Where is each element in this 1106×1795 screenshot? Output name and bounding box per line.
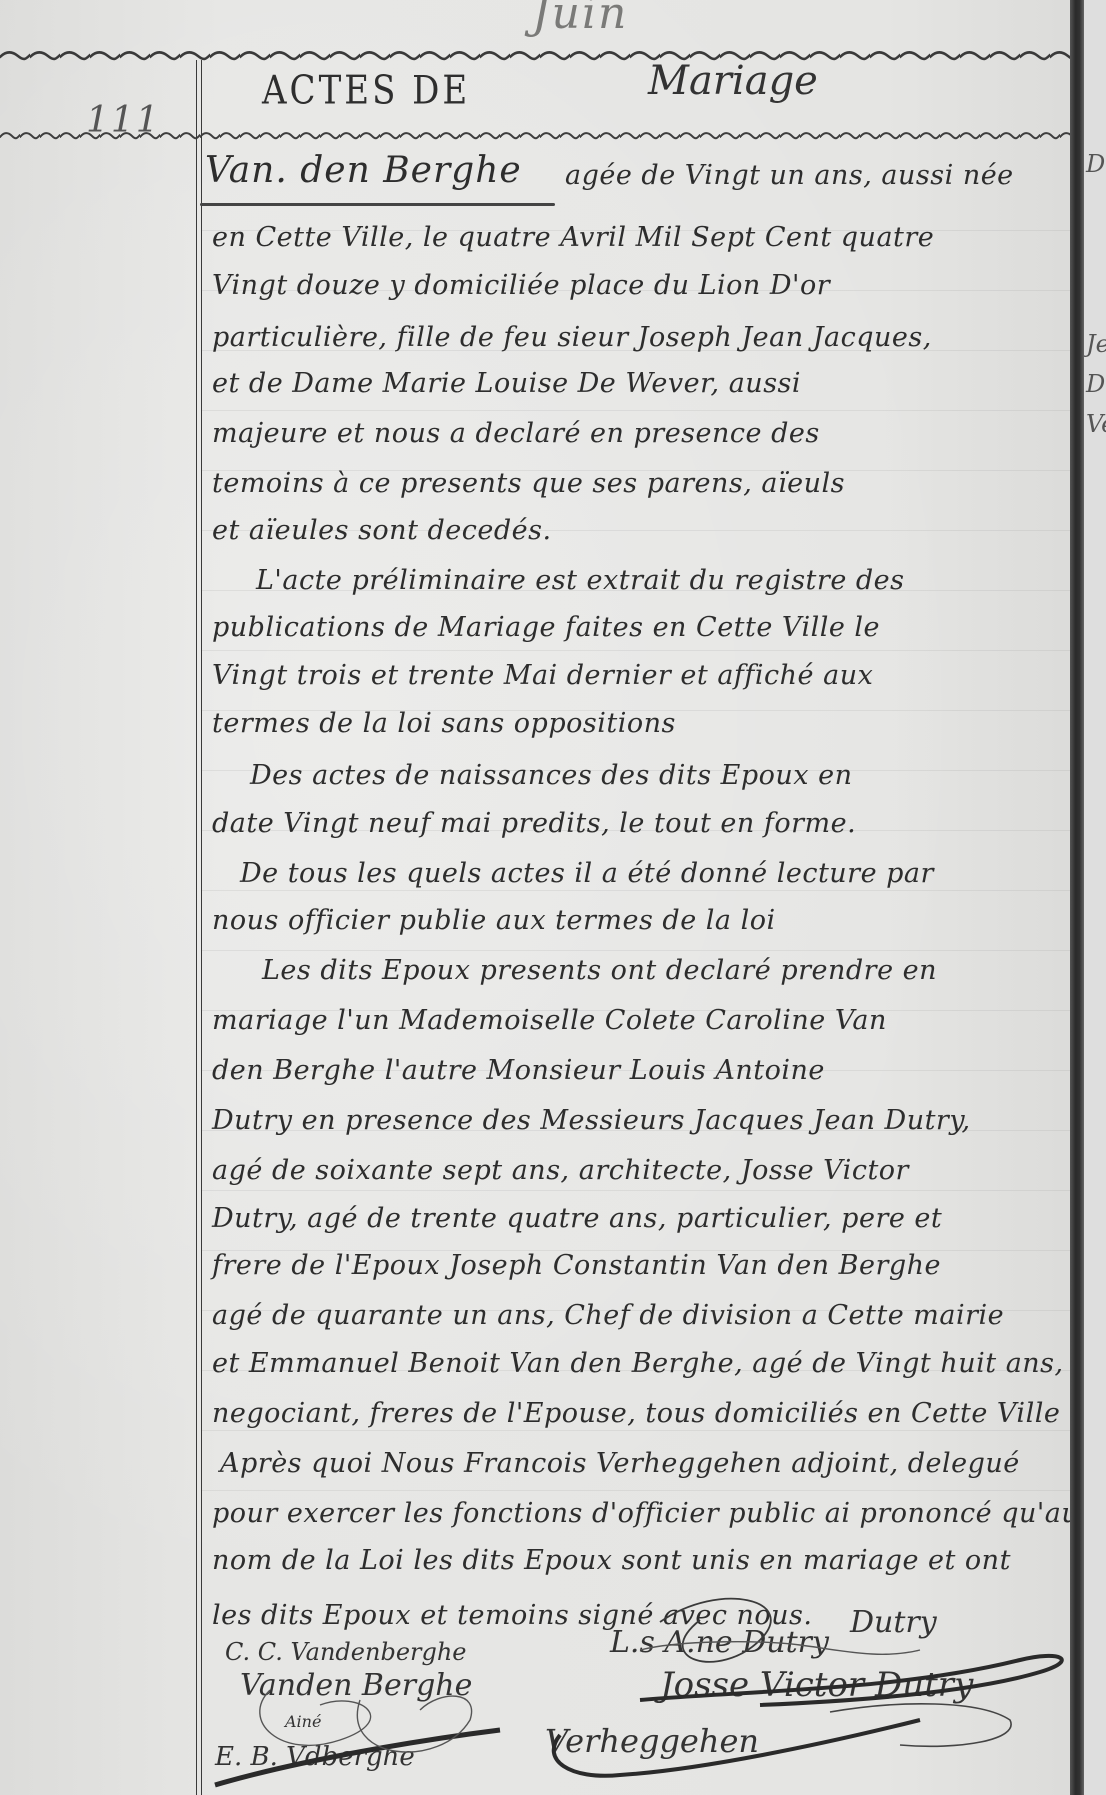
adjacent-page-edge: D Je Do Ve <box>1084 0 1106 1795</box>
record-line: termes de la loi sans oppositions <box>212 708 676 739</box>
month-annotation: Juin <box>532 0 628 39</box>
record-line: Après quoi Nous Francois Verheggehen adj… <box>220 1448 1020 1479</box>
book-binding-gutter <box>1070 0 1084 1795</box>
adjacent-page-fragment: Do <box>1086 370 1106 398</box>
record-line: agé de soixante sept ans, architecte, Jo… <box>212 1155 909 1186</box>
record-line: Dutry, agé de trente quatre ans, particu… <box>212 1203 942 1234</box>
record-line: nom de la Loi les dits Epoux sont unis e… <box>212 1545 1011 1576</box>
record-line: temoins à ce presents que ses parens, aï… <box>212 468 845 499</box>
ruled-line <box>202 650 1070 651</box>
ruled-line <box>202 1190 1070 1191</box>
ruled-line <box>202 890 1070 891</box>
surname-underline <box>200 203 555 206</box>
record-line: mariage l'un Mademoiselle Colete Carolin… <box>212 1005 887 1036</box>
record-line: agé de quarante un ans, Chef de division… <box>212 1300 1004 1331</box>
handwritten-heading: Mariage <box>648 58 818 104</box>
ruled-line <box>202 1430 1070 1431</box>
record-line: Dutry en presence des Messieurs Jacques … <box>212 1105 971 1136</box>
signature: Verheggehen <box>545 1722 759 1760</box>
record-line: frere de l'Epoux Joseph Constantin Van d… <box>212 1250 941 1281</box>
record-line: Vingt douze y domiciliée place du Lion D… <box>212 270 830 301</box>
signature: Ainé <box>285 1712 321 1731</box>
ruled-line <box>202 950 1070 951</box>
record-line: particulière, fille de feu sieur Joseph … <box>212 322 932 353</box>
record-line: De tous les quels actes il a été donné l… <box>240 858 934 889</box>
ruled-line <box>202 1490 1070 1491</box>
register-page: Juin 111 ACTES DE Mariage Van. de <box>0 0 1106 1795</box>
record-number: 111 <box>86 100 161 141</box>
subject-surname: Van. den Berghe <box>205 150 522 191</box>
signature: Dutry <box>850 1605 937 1640</box>
record-line: et aïeules sont decedés. <box>212 515 552 546</box>
record-line: publications de Mariage faites en Cette … <box>212 612 880 643</box>
left-margin-column: 111 <box>0 0 196 1795</box>
record-line: Les dits Epoux presents ont declaré pren… <box>262 955 937 986</box>
adjacent-page-fragment: Je <box>1086 330 1106 358</box>
adjacent-page-fragment: Ve <box>1086 410 1106 438</box>
record-line: nous officier publie aux termes de la lo… <box>212 905 776 936</box>
signature: C. C. Vandenberghe <box>225 1638 467 1666</box>
record-line: pour exercer les fonctions d'officier pu… <box>212 1498 1079 1529</box>
signature: L.s A.ne Dutry <box>610 1625 829 1660</box>
record-line: date Vingt neuf mai predits, le tout en … <box>212 808 856 839</box>
record-line: Des actes de naissances des dits Epoux e… <box>250 760 852 791</box>
record-line: et Emmanuel Benoit Van den Berghe, agé d… <box>212 1348 1064 1379</box>
record-line: et de Dame Marie Louise De Wever, aussi <box>212 368 801 399</box>
record-line: Vingt trois et trente Mai dernier et aff… <box>212 660 873 691</box>
signature: E. B. Vdberghe <box>215 1742 415 1772</box>
ruled-line <box>202 410 1070 411</box>
margin-double-rule <box>196 60 202 1795</box>
record-line: negociant, freres de l'Epouse, tous domi… <box>212 1398 1060 1429</box>
printed-heading: ACTES DE <box>262 68 470 114</box>
signature: Josse Victor Dutry <box>660 1665 973 1705</box>
adjacent-page-fragment: D <box>1086 150 1105 178</box>
record-line: en Cette Ville, le quatre Avril Mil Sept… <box>212 222 934 253</box>
signature: Vanden Berghe <box>240 1668 472 1703</box>
record-line: agée de Vingt un ans, aussi née <box>565 160 1014 191</box>
record-line: L'acte préliminaire est extrait du regis… <box>256 565 905 596</box>
record-line: den Berghe l'autre Monsieur Louis Antoin… <box>212 1055 825 1086</box>
record-line: majeure et nous a declaré en presence de… <box>212 418 820 449</box>
